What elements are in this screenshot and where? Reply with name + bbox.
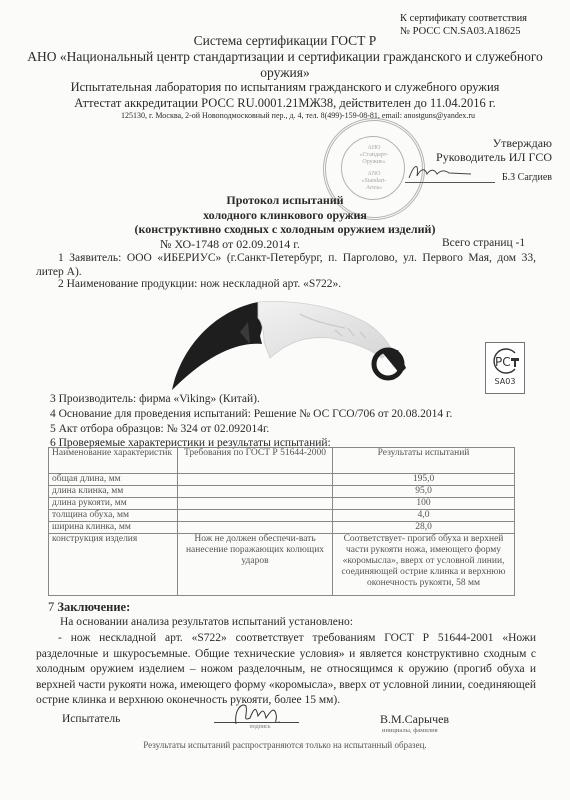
conclusion-title: Заключение: [57, 600, 130, 614]
conclusion-number: 7 [48, 600, 57, 614]
table-cell: толщина обуха, мм [49, 510, 178, 522]
approver-name: Б.З Сагдиев [412, 172, 552, 183]
table-cell [178, 522, 333, 534]
item-manufacturer: 3 Производитель: фирма «Viking» (Китай). [50, 393, 260, 405]
table-row: ширина клинка, мм 28,0 [49, 522, 515, 534]
conclusion-body: - нож нескладной арт. «S722» соответству… [36, 631, 536, 709]
table-cell: конструкция изделия [49, 534, 178, 596]
test-results-table: Наименование характеристик Требования по… [48, 447, 515, 596]
signature-caption: подпись [230, 724, 290, 730]
table-cell: Нож не должен обеспечи-вать нанесение по… [178, 534, 333, 596]
table-cell [178, 486, 333, 498]
accreditation-info: Аттестат аккредитации РОСС RU.0001.21МЖ3… [0, 96, 570, 111]
conclusion-intro: На основании анализа результатов испытан… [60, 616, 353, 628]
table-cell: 100 [333, 498, 515, 510]
table-row: общая длина, мм 195,0 [49, 474, 515, 486]
table-header-cell: Требования по ГОСТ Р 51644-2000 [178, 448, 333, 474]
item-test-basis: 4 Основание для проведения испытаний: Ре… [50, 408, 452, 420]
address-contacts: 125130, г. Москва, 2-ой Новоподмосковный… [58, 111, 538, 120]
table-cell: общая длина, мм [49, 474, 178, 486]
table-cell [178, 498, 333, 510]
tester-name: В.М.Сарычев [380, 712, 449, 727]
table-cell [178, 510, 333, 522]
table-cell: ширина клинка, мм [49, 522, 178, 534]
tester-name-caption: инициалы, фамилия [382, 727, 438, 734]
table-cell: длина рукояти, мм [49, 498, 178, 510]
tester-signature-line [214, 722, 299, 723]
table-header-cell: Результаты испытаний [333, 448, 515, 474]
item-sample-act: 5 Акт отбора образцов: № 324 от 02.09201… [50, 423, 269, 435]
table-row: толщина обуха, мм 4,0 [49, 510, 515, 522]
knife-product-image [160, 292, 410, 392]
table-row: конструкция изделия Нож не должен обеспе… [49, 534, 515, 596]
protocol-subtitle-note: (конструктивно сходных с холодным оружие… [0, 222, 570, 237]
table-header-cell: Наименование характеристик [49, 448, 178, 474]
approval-label: Утверждаю [412, 136, 552, 151]
page-count: Всего страниц -1 [442, 237, 525, 249]
item-product: 2 Наименование продукции: нож нескладной… [58, 278, 341, 290]
stamp-text: «Стандарт- [326, 152, 422, 159]
protocol-subtitle: холодного клинкового оружия [0, 208, 570, 223]
gost-r-conformity-mark: PC SA03 [485, 342, 525, 394]
organization-name: АНО «Национальный центр стандартизации и… [20, 49, 550, 81]
protocol-title: Протокол испытаний [0, 193, 570, 208]
stamp-text: АНО [326, 145, 422, 152]
stamp-text: Arms» [326, 185, 422, 192]
footer-note: Результаты испытаний распространяются то… [0, 740, 570, 750]
table-row: длина рукояти, мм 100 [49, 498, 515, 510]
table-row: длина клинка, мм 95,0 [49, 486, 515, 498]
table-cell [178, 474, 333, 486]
gost-mark-code: SA03 [486, 377, 524, 386]
item-applicant: 1 Заявитель: ООО «ИБЕРИУС» (г.Санкт-Пете… [36, 251, 536, 279]
laboratory-name: Испытательная лаборатория по испытаниям … [0, 80, 570, 95]
tester-role: Испытатель [62, 713, 120, 725]
table-cell: 28,0 [333, 522, 515, 534]
table-cell: Соответствует- прогиб обуха и верхней ча… [333, 534, 515, 596]
table-cell: 4,0 [333, 510, 515, 522]
svg-text:PC: PC [495, 355, 511, 369]
rst-logo-icon: PC [489, 347, 521, 375]
table-cell: длина клинка, мм [49, 486, 178, 498]
table-header-row: Наименование характеристик Требования по… [49, 448, 515, 474]
table-cell: 195,0 [333, 474, 515, 486]
table-cell: 95,0 [333, 486, 515, 498]
protocol-number: № ХО-1748 от 02.09.2014 г. [160, 237, 300, 252]
certificate-reference-line1: К сертификату соответствия [400, 12, 527, 25]
certification-system: Система сертификации ГОСТ Р [0, 33, 570, 49]
conclusion-heading: 7 Заключение: [48, 600, 130, 615]
